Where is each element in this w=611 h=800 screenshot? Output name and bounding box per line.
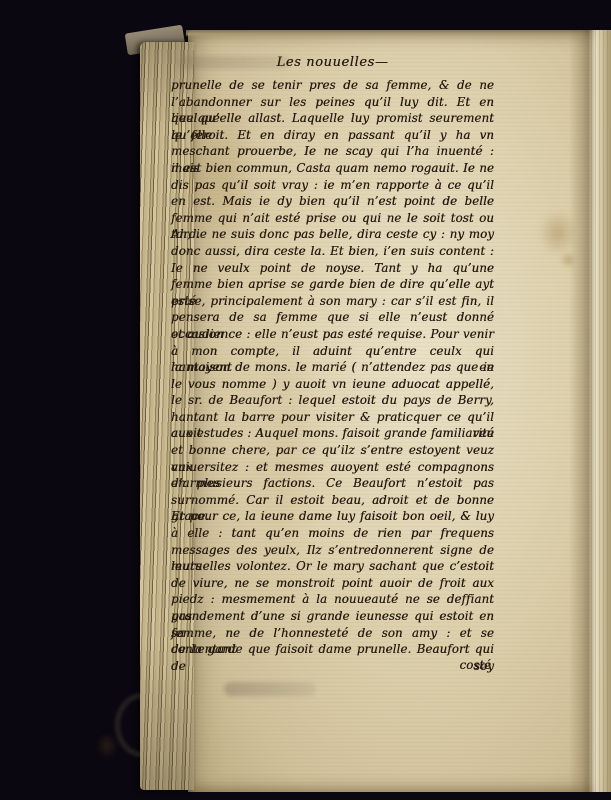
text-line: de la garde que faisoit dame prunelle. B… — [171, 641, 494, 658]
text-line: hantant la barre pour visiter & praticqu… — [171, 409, 494, 426]
text-line: et bonne chere, par ce qu’ilz s’entre es… — [171, 442, 494, 459]
text-line: piedz : mesmement à la nouueauté ne se d… — [171, 591, 494, 608]
text-line: à mon compte, il aduint qu’entre ceulx q… — [171, 343, 494, 360]
text-line: femme qui n’ait esté prise ou qui ne le … — [171, 210, 494, 227]
text-line: Ie ne veulx point de noyse. Tant y ha qu… — [171, 260, 494, 277]
top-leaf-edges — [186, 30, 611, 37]
text-line: l’abandonner sur les peines qu’il luy di… — [171, 94, 494, 111]
text-line: dis pas qu’il soit vray : ie m’en rappor… — [171, 177, 494, 194]
text-line: en plusieurs factions. Ce Beaufort n’est… — [171, 475, 494, 492]
text-line: Et pour ce, la ieune dame luy faisoit bo… — [171, 508, 494, 525]
gutter-leaf-edges — [591, 30, 611, 792]
text-line: messages des yeulx, Ilz s’entredonnerent… — [171, 542, 494, 559]
watermark-ring — [116, 694, 168, 756]
text-line: le vous nomme ) y auoit vn ieune aduocat… — [171, 376, 494, 393]
text-line: et audience : elle n’eust pas esté requi… — [171, 326, 494, 343]
text-line: il est bien commun, Casta quam nemo roga… — [171, 160, 494, 177]
running-title-text: Les nouuelles — [277, 55, 375, 70]
text-line: pensera de sa femme que si elle n’eust d… — [171, 309, 494, 326]
text-line: le feroit. Et en diray en passant qu’il … — [171, 127, 494, 144]
text-line: grandement d’une si grande ieunesse qui … — [171, 608, 494, 625]
text-line: aux estudes : Auquel mons. faisoit grand… — [171, 425, 494, 442]
text-line: Ah, ie ne suis donc pas belle, dira cest… — [171, 226, 494, 243]
text-line: donc aussi, dira ceste la. Et bien, i’en… — [171, 243, 494, 260]
text-line: prunelle de se tenir pres de sa femme, &… — [171, 77, 494, 94]
text-line: le sr. de Beaufort : lequel estoit du pa… — [171, 392, 494, 409]
text-line: mutuelles volontez. Or le mary sachant q… — [171, 558, 494, 575]
title-flourish: — — [375, 55, 389, 70]
text-line: vniuersitez : et mesmes auoyent esté com… — [171, 459, 494, 476]
text-lines: prunelle de se tenir pres de sa femme, &… — [171, 77, 494, 658]
text-line: à elle : tant qu’en moins de rien par fr… — [171, 525, 494, 542]
text-line: surnommé. Car il estoit beau, adroit et … — [171, 492, 494, 509]
text-line: prise, principalement à son mary : car s… — [171, 293, 494, 310]
text-line: femme, ne de l’honnesteté de son amy : e… — [171, 625, 494, 642]
text-line: femme bien aprise se garde bien de dire … — [171, 276, 494, 293]
ink-blot — [96, 733, 118, 759]
running-title: Les nouuelles— — [171, 55, 494, 70]
printed-text-block: Les nouuelles— prunelle de se tenir pres… — [171, 55, 494, 673]
text-line: lieu qu’elle allast. Laquelle luy promis… — [171, 110, 494, 127]
book-photo: Les nouuelles— prunelle de se tenir pres… — [0, 0, 611, 800]
text-line: de viure, ne se monstroit point auoir de… — [171, 575, 494, 592]
text-line: la maison de mons. le marié ( n’attendez… — [171, 359, 494, 376]
text-line: meschant prouerbe, Ie ne scay qui l’ha i… — [171, 143, 494, 160]
text-line: en est. Mais ie dy bien qu’il n’est poin… — [171, 193, 494, 210]
